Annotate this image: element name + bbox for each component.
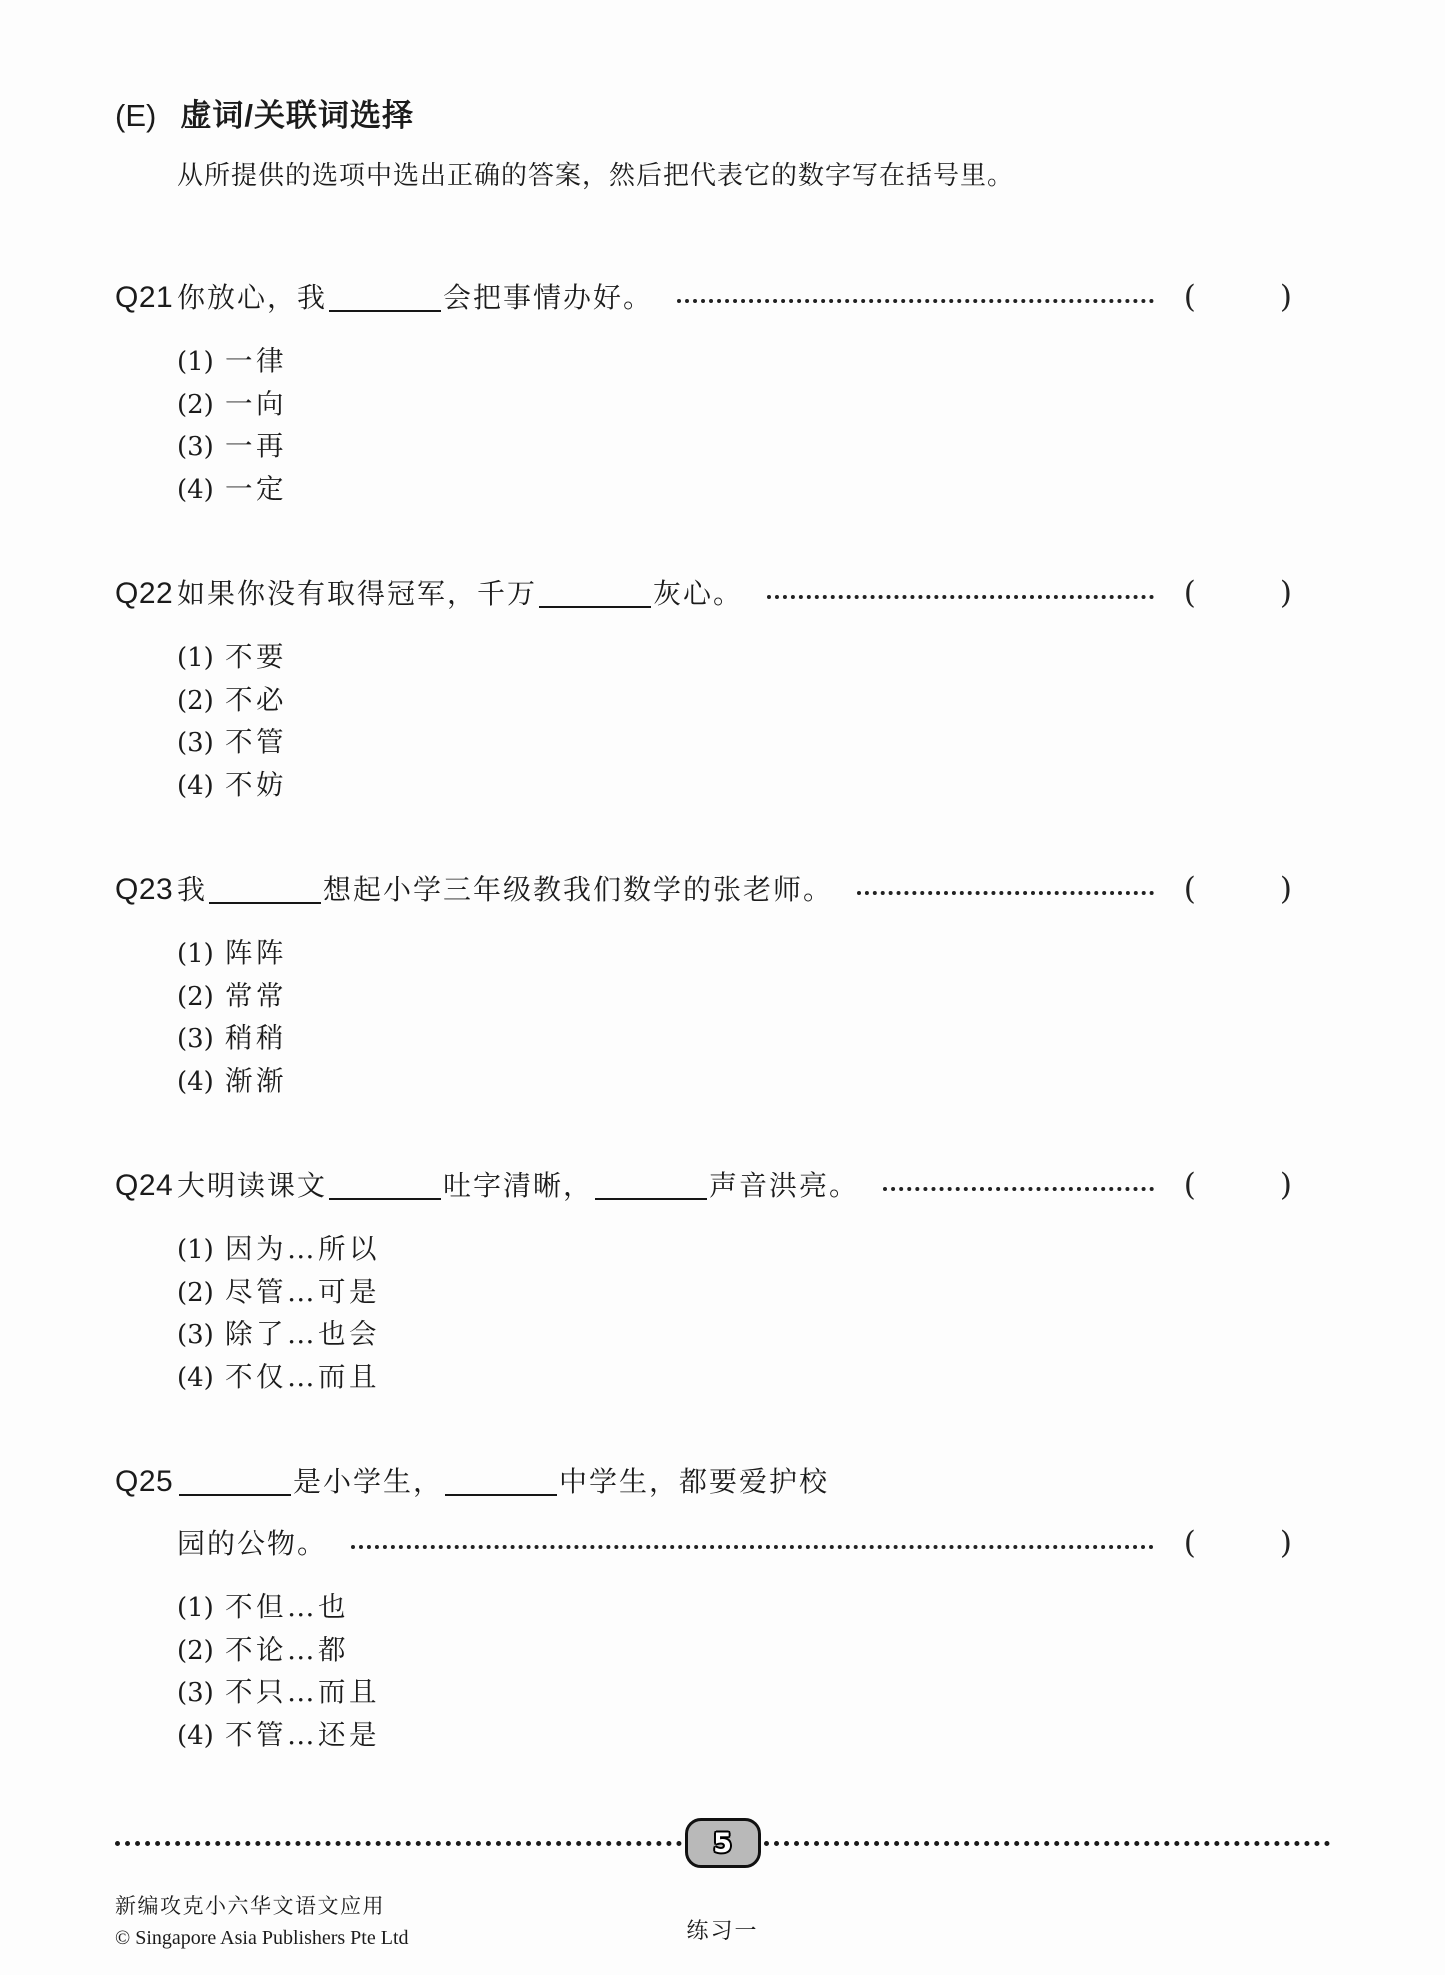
- option[interactable]: (3)除了…也会: [177, 1311, 1330, 1354]
- question-text-part: 声音洪亮。: [709, 1169, 859, 1202]
- option-text: 不妨: [225, 762, 287, 802]
- option[interactable]: (1)不但…也: [177, 1584, 1330, 1627]
- option-number: (3): [177, 432, 225, 462]
- option-text: 不管…还是: [225, 1712, 380, 1752]
- question-text-part: 我: [177, 873, 207, 906]
- open-paren: (: [1184, 575, 1196, 611]
- question-line: Q24 大明读课文吐字清晰，声音洪亮。 ( ): [115, 1164, 1330, 1204]
- close-paren: ): [1280, 575, 1292, 611]
- dotted-leader: [883, 1187, 1154, 1191]
- question-number: Q21: [115, 281, 177, 315]
- option[interactable]: (2)不论…都: [177, 1627, 1330, 1670]
- option-text: 不仅…而且: [225, 1354, 380, 1394]
- close-paren: ): [1280, 279, 1292, 315]
- option-number: (1): [177, 939, 225, 969]
- answer-brackets[interactable]: ( ): [1184, 1167, 1292, 1203]
- footer-dotted-line: [764, 1841, 1331, 1846]
- question-number: Q24: [115, 1169, 177, 1203]
- option-text: 一向: [225, 381, 287, 421]
- question-number: Q25: [115, 1465, 177, 1499]
- question-text-part: 灰心。: [653, 577, 743, 610]
- option-number: (1): [177, 643, 225, 673]
- option-text: 稍稍: [225, 1015, 287, 1055]
- option[interactable]: (2)常常: [177, 973, 1330, 1016]
- option-text: 不只…而且: [225, 1669, 380, 1709]
- question-text: 你放心，我会把事情办好。: [177, 276, 653, 316]
- option-number: (3): [177, 1320, 225, 1350]
- question-text-part: 吐字清晰，: [443, 1169, 593, 1202]
- footer-divider: 5: [115, 1818, 1330, 1868]
- question-q23: Q23 我想起小学三年级教我们数学的张老师。 ( ) (1)阵阵 (2)常常 (…: [115, 868, 1330, 1100]
- option[interactable]: (3)不只…而且: [177, 1669, 1330, 1712]
- fill-in-blank[interactable]: [595, 1198, 707, 1200]
- close-paren: ): [1280, 1525, 1292, 1561]
- section-header: (E) 虚词/关联词选择: [115, 90, 1330, 135]
- dotted-leader: [767, 595, 1154, 599]
- question-text-part: 大明读课文: [177, 1169, 327, 1202]
- option-text: 阵阵: [225, 930, 287, 970]
- page-footer: 5 新编攻克小六华文语文应用 © Singapore Asia Publishe…: [115, 1818, 1330, 1950]
- option-text: 不要: [225, 634, 287, 674]
- option-number: (4): [177, 1363, 225, 1393]
- footer-info: 新编攻克小六华文语文应用 © Singapore Asia Publishers…: [115, 1890, 1330, 1950]
- options-list: (1)因为…所以 (2)尽管…可是 (3)除了…也会 (4)不仅…而且: [177, 1226, 1330, 1396]
- answer-brackets[interactable]: ( ): [1184, 871, 1292, 907]
- option[interactable]: (3)稍稍: [177, 1015, 1330, 1058]
- question-text-part: 你放心，我: [177, 281, 327, 314]
- option[interactable]: (4)不仅…而且: [177, 1354, 1330, 1397]
- question-text: 是小学生，中学生，都要爱护校: [177, 1460, 829, 1500]
- option[interactable]: (1)不要: [177, 634, 1330, 677]
- option-text: 不必: [225, 677, 287, 717]
- close-paren: ): [1280, 871, 1292, 907]
- copyright-text: © Singapore Asia Publishers Pte Ltd: [115, 1927, 520, 1950]
- option[interactable]: (2)尽管…可是: [177, 1269, 1330, 1312]
- option-number: (4): [177, 475, 225, 505]
- question-q22: Q22 如果你没有取得冠军，千万灰心。 ( ) (1)不要 (2)不必 (3)不…: [115, 572, 1330, 804]
- dotted-leader: [857, 891, 1154, 895]
- option[interactable]: (4)渐渐: [177, 1058, 1330, 1101]
- question-number: Q22: [115, 577, 177, 611]
- option-number: (1): [177, 1593, 225, 1623]
- dotted-leader: [677, 299, 1154, 303]
- option[interactable]: (1)阵阵: [177, 930, 1330, 973]
- close-paren: ): [1280, 1167, 1292, 1203]
- exercise-label: 练习一: [520, 1914, 925, 1945]
- dotted-leader: [351, 1545, 1154, 1549]
- question-number: Q23: [115, 873, 177, 907]
- publisher-block: 新编攻克小六华文语文应用 © Singapore Asia Publishers…: [115, 1890, 520, 1950]
- fill-in-blank[interactable]: [209, 902, 321, 904]
- option-number: (4): [177, 1721, 225, 1751]
- option-text: 一律: [225, 338, 287, 378]
- option-number: (3): [177, 1678, 225, 1708]
- instruction-text: 从所提供的选项中选出正确的答案，然后把代表它的数字写在括号里。: [177, 155, 1330, 192]
- fill-in-blank[interactable]: [445, 1494, 557, 1496]
- question-q24: Q24 大明读课文吐字清晰，声音洪亮。 ( ) (1)因为…所以 (2)尽管…可…: [115, 1164, 1330, 1396]
- option-text: 一定: [225, 466, 287, 506]
- option-text: 一再: [225, 423, 287, 463]
- section-label: (E): [115, 98, 156, 134]
- question-line: Q25 是小学生，中学生，都要爱护校: [115, 1460, 1330, 1500]
- option-text: 因为…所以: [225, 1226, 380, 1266]
- section-title: 虚词/关联词选择: [180, 90, 414, 135]
- option-number: (2): [177, 1636, 225, 1666]
- option-text: 不论…都: [225, 1627, 349, 1667]
- option[interactable]: (2)不必: [177, 677, 1330, 720]
- option[interactable]: (1)因为…所以: [177, 1226, 1330, 1269]
- fill-in-blank[interactable]: [539, 606, 651, 608]
- question-text-part: 会把事情办好。: [443, 281, 653, 314]
- option-text: 渐渐: [225, 1058, 287, 1098]
- option-number: (2): [177, 982, 225, 1012]
- question-q21: Q21 你放心，我会把事情办好。 ( ) (1)一律 (2)一向 (3)一再 (…: [115, 276, 1330, 508]
- option[interactable]: (3)不管: [177, 719, 1330, 762]
- question-text: 大明读课文吐字清晰，声音洪亮。: [177, 1164, 859, 1204]
- option[interactable]: (2)一向: [177, 381, 1330, 424]
- options-list: (1)阵阵 (2)常常 (3)稍稍 (4)渐渐: [177, 930, 1330, 1100]
- question-text: 我想起小学三年级教我们数学的张老师。: [177, 868, 833, 908]
- question-line: Q23 我想起小学三年级教我们数学的张老师。 ( ): [115, 868, 1330, 908]
- fill-in-blank[interactable]: [179, 1494, 291, 1496]
- question-line: Q22 如果你没有取得冠军，千万灰心。 ( ): [115, 572, 1330, 612]
- question-text-part: 想起小学三年级教我们数学的张老师。: [323, 873, 833, 906]
- option-text: 常常: [225, 973, 287, 1013]
- option[interactable]: (1)一律: [177, 338, 1330, 381]
- option-number: (2): [177, 1278, 225, 1308]
- open-paren: (: [1184, 1525, 1196, 1561]
- question-line-continued: 园的公物。 ( ): [177, 1522, 1330, 1562]
- option-number: (2): [177, 686, 225, 716]
- open-paren: (: [1184, 279, 1196, 315]
- question-line: Q21 你放心，我会把事情办好。 ( ): [115, 276, 1330, 316]
- open-paren: (: [1184, 1167, 1196, 1203]
- worksheet-page: (E) 虚词/关联词选择 从所提供的选项中选出正确的答案，然后把代表它的数字写在…: [0, 0, 1445, 1975]
- option-number: (4): [177, 771, 225, 801]
- option[interactable]: (4)一定: [177, 466, 1330, 509]
- question-text: 如果你没有取得冠军，千万灰心。: [177, 572, 743, 612]
- book-title: 新编攻克小六华文语文应用: [115, 1890, 520, 1920]
- options-list: (1)不但…也 (2)不论…都 (3)不只…而且 (4)不管…还是: [177, 1584, 1330, 1754]
- question-q25: Q25 是小学生，中学生，都要爱护校 园的公物。 ( ) (1)不但…也 (2)…: [115, 1460, 1330, 1754]
- option-text: 除了…也会: [225, 1311, 380, 1351]
- options-list: (1)一律 (2)一向 (3)一再 (4)一定: [177, 338, 1330, 508]
- footer-dotted-line: [115, 1841, 682, 1846]
- option-number: (1): [177, 1235, 225, 1265]
- options-list: (1)不要 (2)不必 (3)不管 (4)不妨: [177, 634, 1330, 804]
- option-number: (4): [177, 1067, 225, 1097]
- option-text: 不管: [225, 719, 287, 759]
- open-paren: (: [1184, 871, 1196, 907]
- fill-in-blank[interactable]: [329, 1198, 441, 1200]
- question-text-part: 如果你没有取得冠军，千万: [177, 577, 537, 610]
- option-number: (2): [177, 390, 225, 420]
- page-number-badge: 5: [685, 1818, 761, 1868]
- option-text: 不但…也: [225, 1584, 349, 1624]
- option[interactable]: (4)不管…还是: [177, 1712, 1330, 1755]
- answer-brackets[interactable]: ( ): [1184, 575, 1292, 611]
- option-number: (3): [177, 728, 225, 758]
- question-text-part: 中学生，都要爱护校: [559, 1465, 829, 1498]
- question-text-part: 园的公物。: [177, 1522, 327, 1562]
- option[interactable]: (4)不妨: [177, 762, 1330, 805]
- answer-brackets[interactable]: ( ): [1184, 279, 1292, 315]
- option[interactable]: (3)一再: [177, 423, 1330, 466]
- question-text-part: 是小学生，: [293, 1465, 443, 1498]
- option-number: (3): [177, 1024, 225, 1054]
- option-number: (1): [177, 347, 225, 377]
- page-number: 5: [713, 1828, 732, 1859]
- fill-in-blank[interactable]: [329, 310, 441, 312]
- answer-brackets[interactable]: ( ): [1184, 1525, 1292, 1561]
- option-text: 尽管…可是: [225, 1269, 380, 1309]
